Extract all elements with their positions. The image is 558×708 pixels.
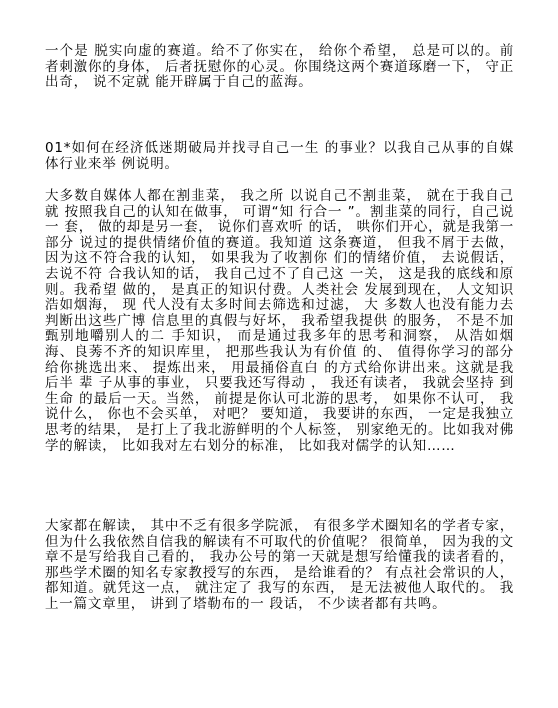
document-page: 一个是 脱实向虚的赛道。给不了你实在， 给你个希望， 总是可以的。前者刺激你的身…	[0, 0, 558, 708]
paragraph-main-body: 大多数自媒体人都在割韭菜， 我之所 以说自己不割韭菜， 就在于我自己就 按照我自…	[45, 189, 514, 454]
paragraph-section-heading: 01*如何在经济低迷期破局并找寻自己一生 的事业？以我自己从事的自媒体行业来举 …	[45, 141, 514, 172]
paragraph-closing: 大家都在解读， 其中不乏有很多学院派， 有很多学术圈知名的学者专家， 但为什么我…	[45, 519, 514, 613]
paragraph-intro: 一个是 脱实向虚的赛道。给不了你实在， 给你个希望， 总是可以的。前者刺激你的身…	[45, 44, 514, 91]
